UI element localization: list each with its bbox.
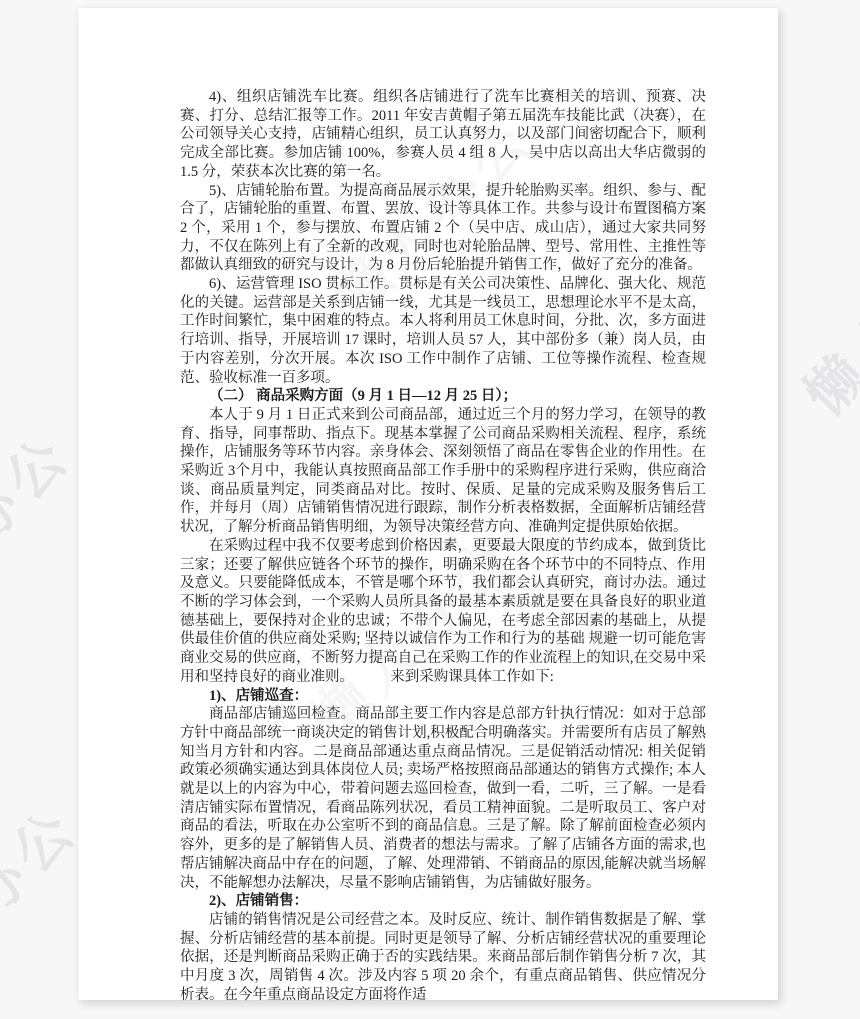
report-paragraph: 本人于 9 月 1 日正式来到公司商品部，通过近三个月的努力学习，在领导的教育、… <box>180 406 706 537</box>
document-page: 4)、组织店铺洗车比赛。组织各店铺进行了洗车比赛相关的培训、预赛、决赛、打分、总… <box>78 8 778 1000</box>
report-paragraph: 6)、运营管理 ISO 贯标工作。贯标是有关公司决策性、品牌化、强大化、规范化的… <box>180 275 706 387</box>
report-paragraph: 商品部店铺巡回检查。商品部主要工作内容是总部方针执行情况：如对于总部方针中商品部… <box>180 705 706 892</box>
report-paragraph: 5)、店铺轮胎布置。为提高商品展示效果，提升轮胎购买率。组织、参与、配合了，店铺… <box>180 182 706 276</box>
section-heading: 1)、店铺巡查： <box>180 687 706 706</box>
report-paragraph: 店铺的销售情况是公司经营之本。及时反应、统计、制作销售数据是了解、掌握、分析店铺… <box>180 911 706 1005</box>
report-paragraph: 4)、组织店铺洗车比赛。组织各店铺进行了洗车比赛相关的培训、预赛、决赛、打分、总… <box>180 88 706 182</box>
watermark-text: 懒人办公 <box>0 413 87 651</box>
watermark-text: 懒人办公 <box>784 193 860 431</box>
report-paragraph: 在采购过程中我不仅要考虑到价格因素，更要最大限度的节约成本，做到货比三家；还要了… <box>180 537 706 687</box>
section-heading: 2)、店铺销售： <box>180 892 706 911</box>
section-heading: （二） 商品采购方面（9 月 1 日—12 月 25 日）； <box>180 387 706 406</box>
document-body: 4)、组织店铺洗车比赛。组织各店铺进行了洗车比赛相关的培训、预赛、决赛、打分、总… <box>180 88 706 1004</box>
